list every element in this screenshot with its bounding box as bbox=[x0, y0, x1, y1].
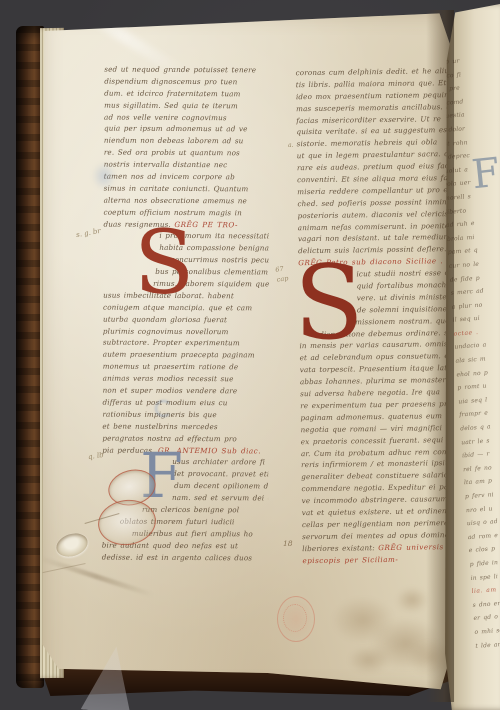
manuscript-line: differas ut post modium eius cu bbox=[103, 397, 269, 410]
manuscript-line: nostris intervalla distantiae nec bbox=[104, 159, 270, 172]
manuscript-line: tamen nos ad invicem corpore ab bbox=[104, 171, 270, 184]
manuscript-line: non et super modios vendere dare bbox=[103, 385, 269, 398]
manuscript-line: et bene nustelbrins mercedes bbox=[102, 420, 268, 433]
decorated-initial-S-red-left: S bbox=[134, 218, 194, 308]
manuscript-line: subtractore. Propter experimentum bbox=[103, 337, 269, 350]
manuscript-line: t lde am bbox=[475, 636, 500, 653]
manuscript-line: simus in caritate coniuncti. Quantum bbox=[104, 182, 270, 195]
manuscript-page-verso: sed ut nequod grande potuisset teneredis… bbox=[40, 12, 454, 692]
manuscript-line: sed ut nequod grande potuisset tenere bbox=[104, 64, 270, 77]
margin-note-18: 18 bbox=[283, 539, 293, 548]
manuscript-line: dum. et idcirco fraternitatem tuam bbox=[104, 87, 270, 100]
stain bbox=[348, 646, 390, 674]
ink-showthrough-blue-crescent bbox=[155, 400, 172, 417]
manuscript-line: pia perducas. GR. ANTEMIO Sub diac. bbox=[102, 444, 268, 457]
margin-note-67: 67 cap bbox=[275, 263, 289, 284]
margin-note-67-number: 67 bbox=[275, 265, 284, 274]
manuscript-line: ad nos velle venire cognovimus bbox=[104, 111, 270, 124]
manuscript-line: alterna nos obsecratione amemus ne bbox=[104, 194, 270, 207]
manuscript-line: rationibus impigneris bis que bbox=[102, 408, 268, 421]
margin-note-a: a. bbox=[288, 142, 293, 149]
decorated-initial-S-red-right: S bbox=[294, 252, 364, 356]
manuscript-line: quia per ipsum admonemus ut ad ve bbox=[104, 123, 270, 136]
manuscript-line: usus archiater ardore fi bbox=[102, 456, 268, 469]
manuscript-line: re. Sed ora probis ut quantum nos bbox=[104, 147, 270, 160]
manuscript-line: autem praesentium praecepta paginam bbox=[103, 349, 269, 362]
library-stamp bbox=[277, 596, 315, 642]
manuscript-line: niendum non debeas laborem ad su bbox=[104, 135, 270, 148]
natural-parchment-hole bbox=[53, 530, 90, 561]
manuscript-line: peragratos nostra ad effectum pro bbox=[102, 432, 268, 445]
manuscript-line: dedisse. id est in argento calices duos bbox=[102, 551, 268, 564]
manuscript-line: uturba quondam gloriosa fuerat bbox=[103, 313, 269, 326]
manuscript-line: dispendium dignoscemus pro tuen bbox=[104, 75, 270, 88]
margin-note-top-left: s. g. br bbox=[75, 227, 101, 239]
facing-initial-blue: F bbox=[470, 153, 500, 196]
stain bbox=[396, 587, 428, 613]
margin-note-cap: cap bbox=[276, 274, 289, 284]
photo-background: sed ut nequod grande potuisset teneredis… bbox=[0, 0, 500, 710]
manuscript-line: mus sigillatim. Sed quia te iterum bbox=[104, 99, 270, 112]
manuscript-line: animas veras modios recessit sue bbox=[103, 373, 269, 386]
manuscript-line: monemus ut praesertim ratione de bbox=[103, 361, 269, 374]
manuscript-line: plurimis cognovimus novellorum bbox=[103, 325, 269, 338]
gutter-shadow bbox=[426, 10, 454, 702]
ink-showthrough-blue bbox=[92, 162, 116, 190]
